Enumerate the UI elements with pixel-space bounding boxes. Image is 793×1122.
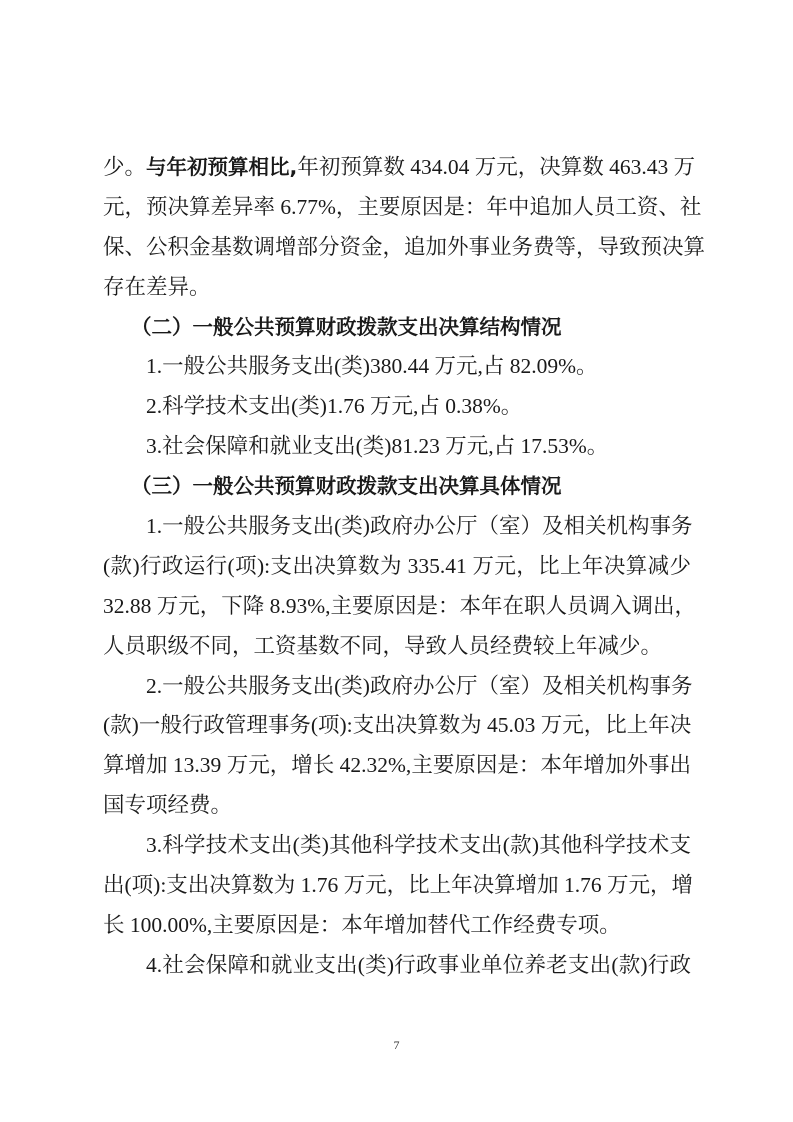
detail-item-3-line-1: 3.科学技术支出(类)其他科学技术支出(款)其他科学技术支 [103,826,691,866]
paragraph-budget-comparison-line-3: 保、公积金基数调增部分资金，追加外事业务费等，导致预决算 [103,228,691,268]
detail-item-2-line-3: 算增加 13.39 万元，增长 42.32%,主要原因是：本年增加外事出 [103,746,691,786]
detail-item-4-line-1: 4.社会保障和就业支出(类)行政事业单位养老支出(款)行政 [103,946,691,986]
detail-item-1-line-1: 1.一般公共服务支出(类)政府办公厅（室）及相关机构事务 [103,507,691,547]
paragraph-budget-comparison-line-2: 元，预决算差异率 6.77%，主要原因是：年中追加人员工资、社 [103,188,691,228]
detail-item-2-line-2: (款)一般行政管理事务(项):支出决算数为 45.03 万元，比上年决 [103,706,691,746]
detail-item-2-line-1: 2.一般公共服务支出(类)政府办公厅（室）及相关机构事务 [103,667,691,707]
page-number: 7 [0,1038,793,1053]
section-heading-structure: （二）一般公共预算财政拨款支出决算结构情况 [103,308,691,348]
detail-item-3-line-3: 长 100.00%,主要原因是：本年增加替代工作经费专项。 [103,906,691,946]
text-run: 少。 [103,155,146,179]
detail-item-1-line-4: 人员职级不同，工资基数不同，导致人员经费较上年减少。 [103,627,691,667]
document-body: 少。与年初预算相比,年初预算数 434.04 万元，决算数 463.43 万 元… [103,148,691,986]
structure-item-1: 1.一般公共服务支出(类)380.44 万元,占 82.09%。 [103,347,691,387]
text-run: 年初预算数 434.04 万元，决算数 463.43 万 [297,155,695,179]
bold-lead-phrase: 与年初预算相比, [146,155,297,179]
detail-item-3-line-2: 出(项):支出决算数为 1.76 万元，比上年决算增加 1.76 万元，增 [103,866,691,906]
detail-item-1-line-2: (款)行政运行(项):支出决算数为 335.41 万元，比上年决算减少 [103,547,691,587]
structure-item-3: 3.社会保障和就业支出(类)81.23 万元,占 17.53%。 [103,427,691,467]
detail-item-2-line-4: 国专项经费。 [103,786,691,826]
structure-item-2: 2.科学技术支出(类)1.76 万元,占 0.38%。 [103,387,691,427]
detail-item-1-line-3: 32.88 万元，下降 8.93%,主要原因是：本年在职人员调入调出， [103,587,691,627]
paragraph-budget-comparison-line-4: 存在差异。 [103,268,691,308]
paragraph-budget-comparison-line-1: 少。与年初预算相比,年初预算数 434.04 万元，决算数 463.43 万 [103,148,691,188]
section-heading-details: （三）一般公共预算财政拨款支出决算具体情况 [103,467,691,507]
